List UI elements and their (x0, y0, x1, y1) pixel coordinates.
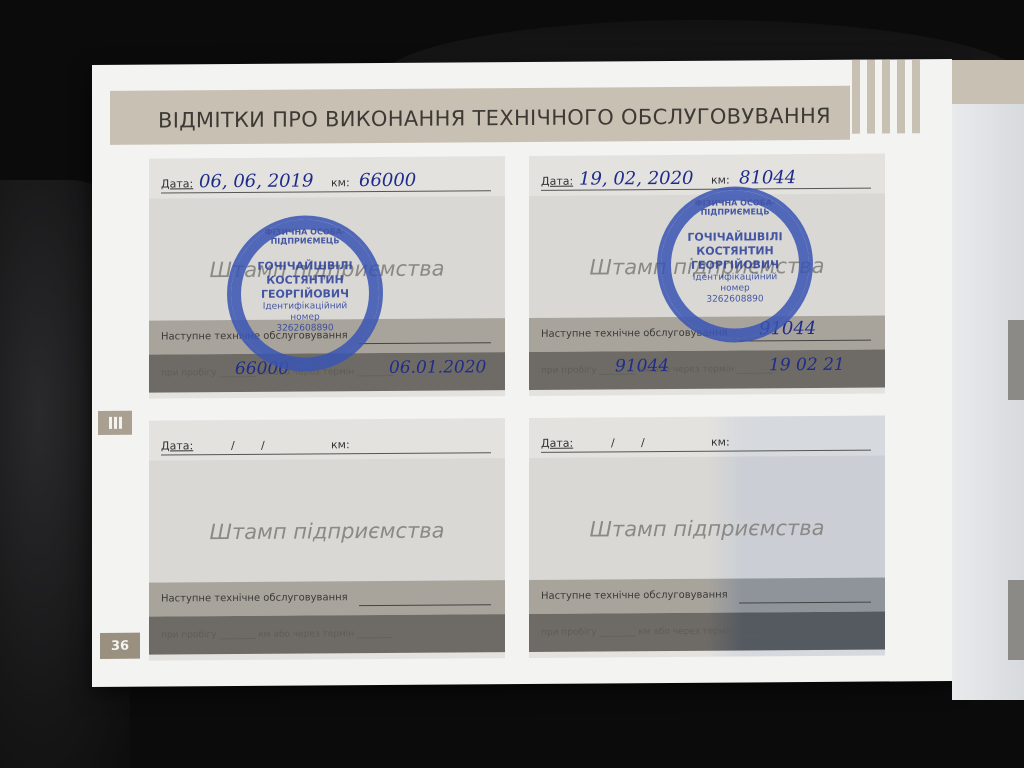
service-record-card-4: Дата: / / км: Штамп підприємства Наступн… (529, 415, 885, 657)
stamp-ring-text: ФІЗИЧНА ОСОБА-ПІДПРИЄМЕЦЬ (661, 198, 809, 217)
km-label: км: (711, 436, 730, 449)
date-value[interactable]: 19, 02, 2020 (579, 168, 694, 190)
km-label: км: (711, 174, 730, 187)
stamp-placeholder: Штамп підприємства (529, 515, 885, 541)
stamp-content: ГОЧІЧАЙШВІЛІ КОСТЯНТИН ГЕОРГІЙОВИЧ Ідент… (679, 230, 791, 306)
stamp-name-2: КОСТЯНТИН (249, 273, 361, 288)
date-label: Дата: (541, 437, 573, 450)
stamp-name-2: КОСТЯНТИН (679, 244, 791, 259)
stamp-ring-text: ФІЗИЧНА ОСОБА-ПІДПРИЄМЕЦЬ (231, 227, 379, 246)
stamp-placeholder: Штамп підприємства (149, 518, 505, 544)
date-label: Дата: (541, 175, 573, 188)
company-stamp-icon: ФІЗИЧНА ОСОБА-ПІДПРИЄМЕЦЬ ГОЧІЧАЙШВІЛІ К… (227, 215, 383, 372)
date-row: Дата: / / км: (541, 430, 871, 453)
stamp-area: Штамп підприємства (529, 455, 885, 579)
stamp-name-3: ГЕОРГІЙОВИЧ (249, 287, 361, 302)
date-separator: / (641, 436, 645, 449)
next-service-line (359, 604, 491, 606)
next-service-row: Наступне технічне обслуговування (529, 577, 885, 613)
next-service-label: Наступне технічне обслуговування (161, 592, 348, 604)
page-title: ВІДМІТКИ ПРО ВИКОНАННЯ ТЕХНІЧНОГО ОБСЛУГ… (158, 104, 831, 133)
page-number: 36 (100, 633, 140, 659)
km-label: км: (331, 176, 350, 189)
service-record-card-1: Дата: 06, 06, 2019 км: 66000 Штамп підпр… (149, 156, 505, 398)
facing-page-card-edge (1008, 580, 1024, 660)
page-header-band: ВІДМІТКИ ПРО ВИКОНАННЯ ТЕХНІЧНОГО ОБСЛУГ… (110, 86, 850, 145)
km-value[interactable]: 66000 (359, 170, 416, 191)
date-label: Дата: (161, 439, 193, 452)
date-row: Дата: 06, 06, 2019 км: 66000 (161, 170, 491, 193)
stamp-name-1: ГОЧІЧАЙШВІЛІ (679, 230, 791, 245)
terms-hint: при пробігу ________ км або через термін… (161, 629, 393, 641)
next-service-terms-row: при пробігу ________ км або через термін… (529, 349, 885, 389)
next-date-value[interactable]: 06.01.2020 (389, 357, 486, 378)
header-stripes-decoration (852, 59, 920, 139)
date-separator: / (611, 436, 615, 449)
date-separator: / (231, 439, 235, 452)
next-mileage-value[interactable]: 91044 (615, 356, 669, 376)
next-service-line (739, 602, 871, 604)
stamp-id-number: 3262608890 (249, 323, 361, 335)
stamp-id-number: 3262608890 (679, 294, 791, 306)
next-service-row: Наступне технічне обслуговування (149, 580, 505, 616)
date-row: Дата: / / км: (161, 432, 491, 455)
company-stamp-icon: ФІЗИЧНА ОСОБА-ПІДПРИЄМЕЦЬ ГОЧІЧАЙШВІЛІ К… (657, 186, 813, 343)
next-service-line (359, 342, 491, 344)
facing-page-header (952, 60, 1024, 104)
service-booklet-page: ВІДМІТКИ ПРО ВИКОНАННЯ ТЕХНІЧНОГО ОБСЛУГ… (92, 59, 952, 687)
date-separator: / (261, 439, 265, 452)
facing-page-card-edge (1008, 320, 1024, 400)
next-service-terms-row: при пробігу ________ км або через термін… (149, 614, 505, 654)
stamp-content: ГОЧІЧАЙШВІЛІ КОСТЯНТИН ГЕОРГІЙОВИЧ Ідент… (249, 259, 361, 335)
date-label: Дата: (161, 177, 193, 190)
facing-page-edge (952, 60, 1024, 700)
next-service-line (739, 340, 871, 342)
service-record-card-2: Дата: 19, 02, 2020 км: 81044 Штамп підпр… (529, 153, 885, 395)
section-marker-icon (98, 411, 132, 435)
stamp-name-1: ГОЧІЧАЙШВІЛІ (249, 259, 361, 274)
date-value[interactable]: 06, 06, 2019 (199, 170, 314, 192)
stamp-id-label: Ідентифікаційний номер (249, 301, 361, 324)
km-label: км: (331, 438, 350, 451)
km-value[interactable]: 81044 (739, 167, 796, 188)
next-service-terms-row: при пробігу ________ км або через термін… (529, 611, 885, 651)
next-date-value[interactable]: 19 02 21 (769, 355, 845, 376)
service-record-card-3: Дата: / / км: Штамп підприємства Наступн… (149, 418, 505, 660)
date-row: Дата: 19, 02, 2020 км: 81044 (541, 168, 871, 191)
stamp-id-label: Ідентифікаційний номер (679, 272, 791, 295)
terms-hint: при пробігу ________ км або через термін… (541, 626, 773, 638)
stamp-area: Штамп підприємства (149, 458, 505, 582)
stamp-name-3: ГЕОРГІЙОВИЧ (679, 258, 791, 273)
next-service-label: Наступне технічне обслуговування (541, 590, 728, 602)
